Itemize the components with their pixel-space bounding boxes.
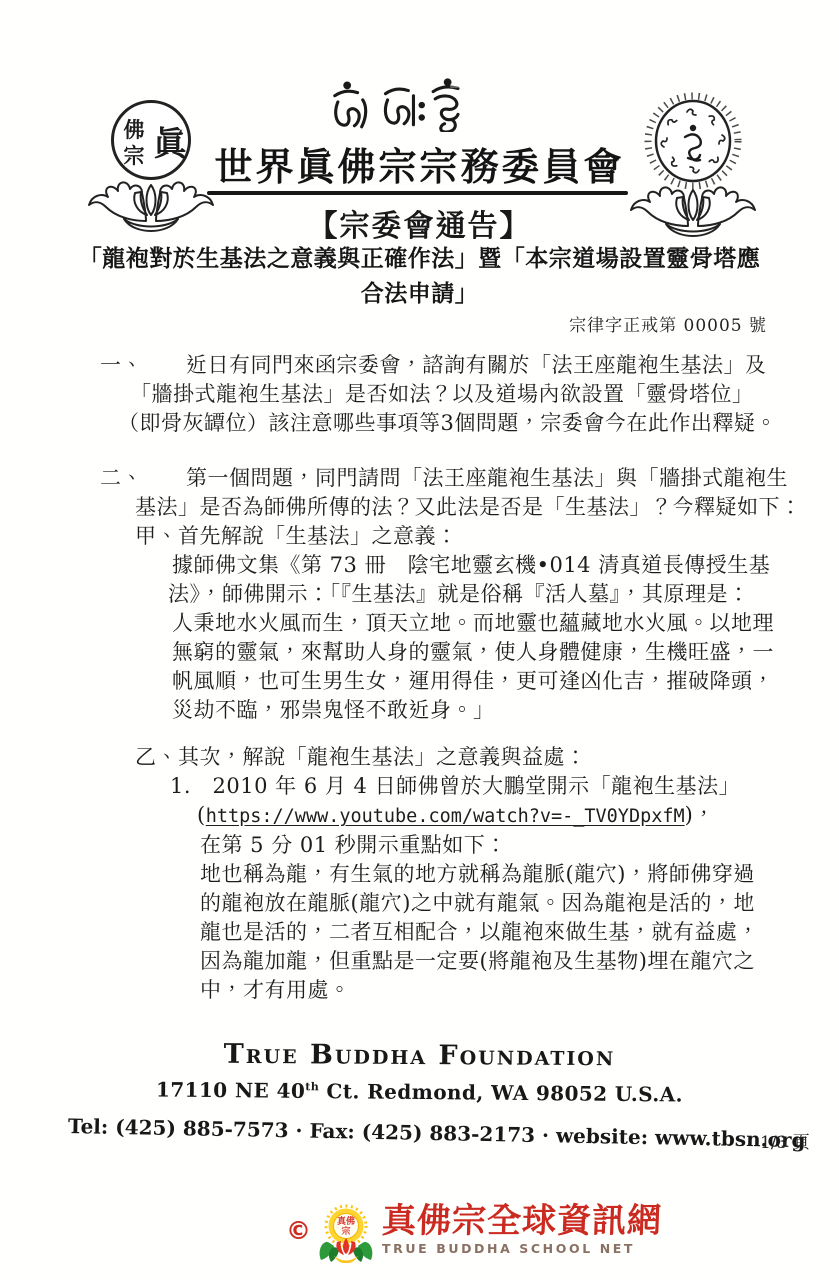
body-text: )， <box>685 803 715 827</box>
body-line: 1. 2010 年 6 月 4 日師佛曾於大鵬堂開示「龍袍生基法」 <box>170 772 839 801</box>
body-line: 一、 近日有同門來函宗委會，諮詢有關於「法王座龍袍生基法」及 <box>100 351 839 380</box>
body-line: (https://www.youtube.com/watch?v=-_TV0YD… <box>197 801 839 831</box>
body-line: （即骨灰罈位）該注意哪些事項等3個問題，宗委會今在此作出釋疑。 <box>118 409 839 438</box>
footer-org-name: True Buddha Foundation <box>0 1037 839 1073</box>
body-line: 甲、首先解說「生基法」之意義： <box>135 522 839 551</box>
body-line: 無窮的靈氣，來幫助人身的靈氣，使人身體健康，生機旺盛，一 <box>172 638 839 667</box>
body-text: ( <box>197 803 206 827</box>
footer-contact-line: Tel: (425) 885-7573 · Fax: (425) 883-217… <box>68 1114 732 1151</box>
mini-seal-text: 真佛 <box>337 1215 355 1227</box>
tibetan-mantra-icon <box>326 74 474 132</box>
lotus-seal-emblem-left-icon: 佛 宗 眞 <box>86 95 216 241</box>
copyright-mark: © <box>286 1216 311 1245</box>
site-name-cn: 真佛宗全球資訊網 <box>381 1202 662 1240</box>
seal-char: 眞 <box>154 124 189 163</box>
body-line: 災劫不臨，邪祟鬼怪不敢近身。」 <box>172 696 839 725</box>
body-line: 地也稱為龍，有生氣的地方就稱為龍脈(龍穴)，將師佛穿過 <box>200 860 839 889</box>
body-line: 龍也是活的，二者互相配合，以龍袍來做生基，就有益處， <box>200 918 839 947</box>
seal-char: 宗 <box>124 143 145 168</box>
doc-title-line1: 「龍袍對於生基法之意義與正確作法」暨「本宗道場設置靈骨塔應 <box>36 241 803 276</box>
address-text: 17110 NE 40 <box>156 1077 305 1102</box>
reference-number: 宗律字正戒第 00005 號 <box>569 311 767 336</box>
body-line: 中，才有用處。 <box>200 976 839 1005</box>
lotus-seal-emblem-right-icon <box>624 92 763 248</box>
page-number: 1/3 頁 <box>760 1128 810 1153</box>
site-watermark: © 真佛 宗 真佛宗全球資訊網 TRUE BUDDHA SCHOOL NET <box>286 1200 662 1266</box>
body-line: 人秉地水火風而生，頂天立地。而地靈也蘊藏地水火風。以地理 <box>172 609 839 638</box>
address-ordinal: th <box>305 1080 319 1093</box>
body-line: 據師佛文集《第 73 冊 陰宅地靈玄機•014 清真道長傳授生基 <box>172 551 839 580</box>
url-text: https://www.youtube.com/watch?v=-_TV0YDp… <box>206 806 685 827</box>
seal-char: 佛 <box>124 117 145 142</box>
body-line: 因為龍加龍，但重點是一定要(將龍袍及生基物)埋在龍穴之 <box>200 947 839 976</box>
body-line: 帆風順，也可生男生女，運用得佳，更可逢凶化吉，摧破降頭， <box>172 667 839 696</box>
scan-speck <box>450 86 459 88</box>
body-line: 法》，師佛開示：「『生基法』就是俗稱『活人墓』，其原理是： <box>168 580 839 609</box>
doc-title: 「龍袍對於生基法之意義與正確作法」暨「本宗道場設置靈骨塔應 合法申請」 <box>36 241 803 311</box>
body-line: 的龍袍放在龍脈(龍穴)之中就有龍氣。因為龍袍是活的，地 <box>200 889 839 918</box>
site-name-en: TRUE BUDDHA SCHOOL NET <box>382 1241 662 1256</box>
tbs-logo-icon: 真佛 宗 <box>318 1204 374 1266</box>
body-lines: 一、 近日有同門來函宗委會，諮詢有關於「法王座龍袍生基法」及「牆掛式龍袍生基法」… <box>0 351 839 1005</box>
mini-seal-text: 宗 <box>341 1225 350 1237</box>
address-text: Ct. Redmond, WA 98052 U.S.A. <box>319 1079 683 1106</box>
scanned-notice-page: 世界眞佛宗宗務委員會 【宗委會通告】 佛 宗 眞 <box>0 0 839 1280</box>
doc-title-line2: 合法申請」 <box>36 276 803 311</box>
body-line: 乙、其次，解說「龍袍生基法」之意義與益處： <box>135 743 839 772</box>
footer-address: 17110 NE 40th Ct. Redmond, WA 98052 U.S.… <box>0 1076 839 1108</box>
body-line: 二、 第一個問題，同門請問「法王座龍袍生基法」與「牆掛式龍袍生 <box>100 464 839 493</box>
body-line: 「牆掛式龍袍生基法」是否如法？以及道場內欲設置「靈骨塔位」 <box>130 380 839 409</box>
body-line: 基法」是否為師佛所傳的法？又此法是否是「生基法」？今釋疑如下： <box>135 493 839 522</box>
org-name-underline <box>207 191 628 195</box>
body-line: 在第 5 分 01 秒開示重點如下： <box>200 831 839 860</box>
